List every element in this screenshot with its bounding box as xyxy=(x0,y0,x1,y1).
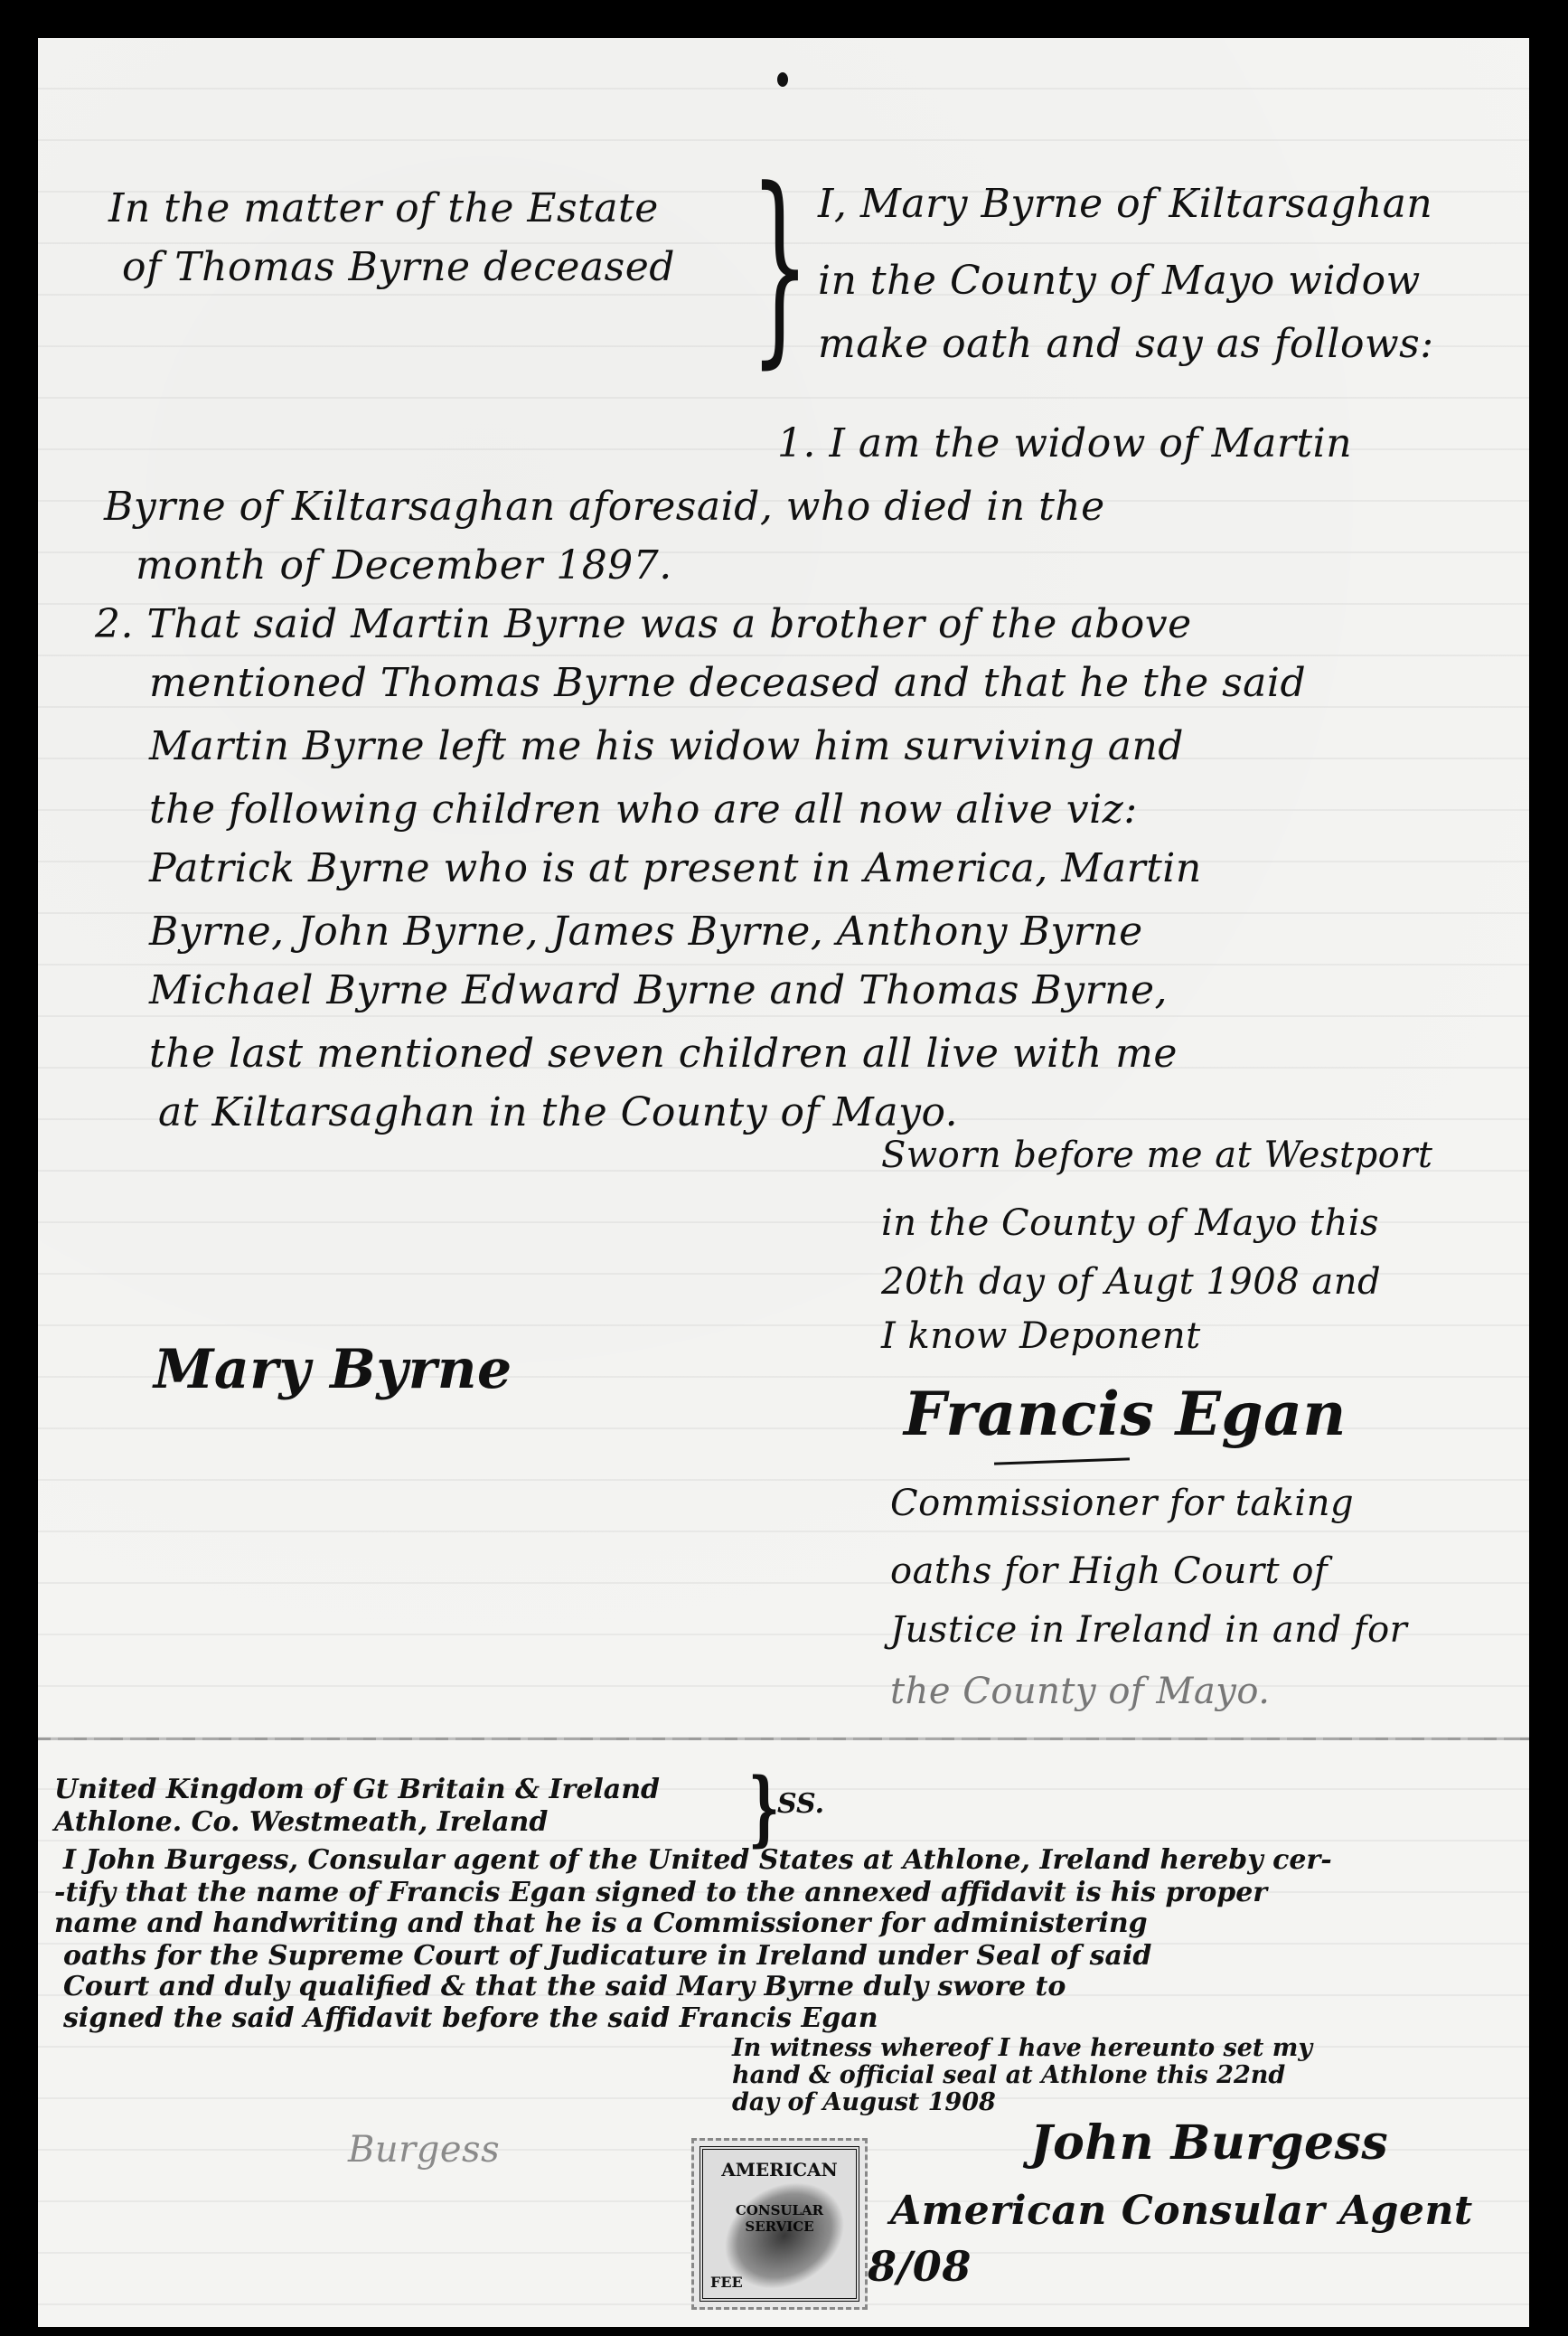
certificate-line1: I John Burgess, Consular agent of the Un… xyxy=(63,1844,1332,1876)
venue-ss: SS. xyxy=(777,1788,824,1820)
consular-fee-stamp: AMERICAN CONSULAR SERVICE FEE xyxy=(691,2138,868,2310)
commissioner-title-line2: oaths for High Court of xyxy=(890,1550,1328,1592)
venue-line2: Athlone. Co. Westmeath, Ireland xyxy=(54,1806,548,1838)
commissioner-signature: Francis Egan xyxy=(904,1379,1347,1449)
deponent-signature: Mary Byrne xyxy=(154,1338,512,1401)
ink-blot xyxy=(777,72,788,87)
para2-line2: mentioned Thomas Byrne deceased and that… xyxy=(149,660,1306,706)
caption-right-line1: I, Mary Byrne of Kiltarsaghan xyxy=(818,181,1432,227)
para2-line5: Patrick Byrne who is at present in Ameri… xyxy=(149,845,1202,891)
para1-line1: 1. I am the widow of Martin xyxy=(777,420,1352,466)
para2-line4: the following children who are all now a… xyxy=(149,787,1138,833)
commissioner-title-line1: Commissioner for taking xyxy=(890,1483,1354,1524)
stamp-date: 8/08 xyxy=(868,2242,972,2291)
venue-brace: } xyxy=(748,1767,780,1849)
caption-right-line2: in the County of Mayo widow xyxy=(818,258,1421,304)
certificate-line5: Court and duly qualified & that the said… xyxy=(63,1971,1066,2002)
jurat-line2: in the County of Mayo this xyxy=(881,1202,1379,1244)
caption-left-line1: In the matter of the Estate xyxy=(108,185,659,231)
pencil-note: Burgess xyxy=(348,2129,500,2171)
para2-line3: Martin Byrne left me his widow him survi… xyxy=(149,723,1184,769)
para2-line6: Byrne, John Byrne, James Byrne, Anthony … xyxy=(149,909,1143,955)
certificate-line4: oaths for the Supreme Court of Judicatur… xyxy=(63,1940,1151,1972)
stamp-bottom-text: FEE xyxy=(710,2274,743,2291)
consul-signature: John Burgess xyxy=(1030,2115,1388,2171)
commissioner-title-line3: Justice in Ireland in and for xyxy=(890,1609,1407,1651)
jurat-line4: I know Deponent xyxy=(881,1315,1201,1357)
page-fold xyxy=(38,1738,1529,1740)
stamp-top-text: AMERICAN xyxy=(703,2159,856,2181)
witness-line2: hand & official seal at Athlone this 22n… xyxy=(732,2061,1285,2089)
witness-line3: day of August 1908 xyxy=(732,2088,996,2116)
certificate-line2: -tify that the name of Francis Egan sign… xyxy=(54,1877,1267,1908)
caption-right-line3: make oath and say as follows: xyxy=(818,321,1434,367)
venue-line1: United Kingdom of Gt Britain & Ireland xyxy=(54,1774,660,1805)
para2-line7: Michael Byrne Edward Byrne and Thomas By… xyxy=(149,967,1168,1013)
para2-line9: at Kiltarsaghan in the County of Mayo. xyxy=(158,1089,958,1135)
commissioner-title-line4: the County of Mayo. xyxy=(890,1671,1270,1712)
para2-line8: the last mentioned seven children all li… xyxy=(149,1031,1178,1077)
caption-left-line2: of Thomas Byrne deceased xyxy=(122,244,675,290)
consul-title: American Consular Agent xyxy=(890,2188,1473,2234)
para1-line2: Byrne of Kiltarsaghan aforesaid, who die… xyxy=(104,484,1105,530)
para2-line1: 2. That said Martin Byrne was a brother … xyxy=(95,601,1192,647)
caption-brace: } xyxy=(750,163,810,371)
certificate-line3: name and handwriting and that he is a Co… xyxy=(54,1907,1148,1939)
witness-line1: In witness whereof I have hereunto set m… xyxy=(732,2034,1312,2062)
para1-line3: month of December 1897. xyxy=(136,542,672,589)
jurat-line1: Sworn before me at Westport xyxy=(881,1135,1432,1176)
jurat-line3: 20th day of Augt 1908 and xyxy=(881,1261,1381,1303)
certificate-line6: signed the said Affidavit before the sai… xyxy=(63,2002,878,2034)
